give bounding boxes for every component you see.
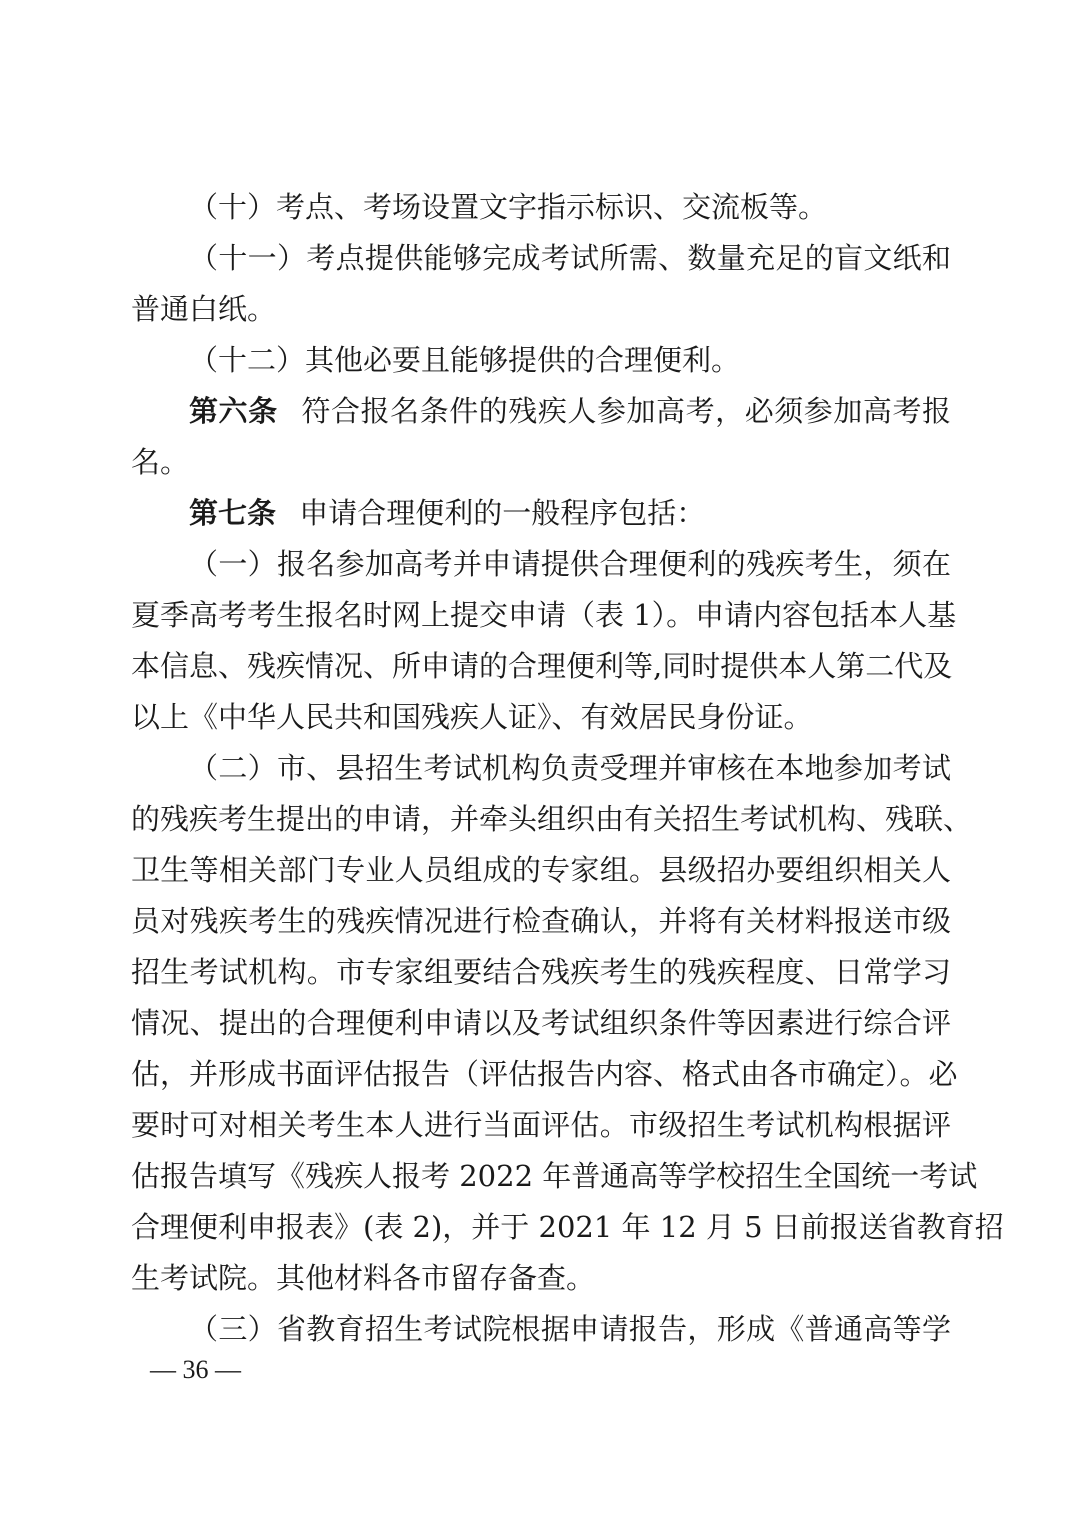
article-6-line-2: 名。 <box>131 436 951 488</box>
item-10-line-1: （十）考点、考场设置文字指示标识、交流板等。 <box>189 181 951 233</box>
article-7-item-1-line-1: （一）报名参加高考并申请提供合理便利的残疾考生，须在 <box>189 538 951 590</box>
article-7-item-1-line-4: 以上《中华人民共和国残疾人证》、有效居民身份证。 <box>131 691 951 743</box>
article-6-line-1: 第六条 符合报名条件的残疾人参加高考，必须参加高考报 <box>189 385 951 437</box>
item-11-line-1: （十一）考点提供能够完成考试所需、数量充足的盲文纸和 <box>189 232 951 284</box>
article-7-item-2-line-10: 合理便利申报表》(表 2)，并于 2021 年 12 月 5 日前报送省教育招 <box>131 1201 951 1253</box>
article-7-item-2-line-3: 卫生等相关部门专业人员组成的专家组。县级招办要组织相关人 <box>131 844 951 896</box>
article-7-heading: 第七条 <box>189 496 276 530</box>
document-page: （十）考点、考场设置文字指示标识、交流板等。 （十一）考点提供能够完成考试所需、… <box>0 0 1080 1528</box>
article-7-item-1-line-2: 夏季高考考生报名时网上提交申请（表 1）。申请内容包括本人基 <box>131 589 951 641</box>
article-7-item-2-line-8: 要时可对相关考生本人进行当面评估。市级招生考试机构根据评 <box>131 1099 951 1151</box>
article-7-item-3-line-1: （三）省教育招生考试院根据申请报告，形成《普通高等学 <box>189 1303 951 1355</box>
article-6-text: 符合报名条件的残疾人参加高考，必须参加高考报 <box>301 394 951 428</box>
article-7-item-2-line-6: 情况、提出的合理便利申请以及考试组织条件等因素进行综合评 <box>131 997 951 1049</box>
article-7-item-2-line-7: 估，并形成书面评估报告（评估报告内容、格式由各市确定）。必 <box>131 1048 951 1100</box>
article-6-heading: 第六条 <box>189 394 278 428</box>
article-7-text: 申请合理便利的一般程序包括： <box>299 496 705 530</box>
article-7-line-1: 第七条 申请合理便利的一般程序包括： <box>189 487 951 539</box>
article-7-item-2-line-4: 员对残疾考生的残疾情况进行检查确认，并将有关材料报送市级 <box>131 895 951 947</box>
article-7-item-2-line-1: （二）市、县招生考试机构负责受理并审核在本地参加考试 <box>189 742 951 794</box>
page-number: — 36 — <box>150 1350 241 1390</box>
article-7-item-1-line-3: 本信息、残疾情况、所申请的合理便利等,同时提供本人第二代及 <box>131 640 951 692</box>
item-12-line-1: （十二）其他必要且能够提供的合理便利。 <box>189 334 951 386</box>
article-7-item-2-line-11: 生考试院。其他材料各市留存备查。 <box>131 1252 951 1304</box>
item-11-line-2: 普通白纸。 <box>131 283 951 335</box>
article-7-item-2-line-5: 招生考试机构。市专家组要结合残疾考生的残疾程度、日常学习 <box>131 946 951 998</box>
article-7-item-2-line-2: 的残疾考生提出的申请，并牵头组织由有关招生考试机构、残联、 <box>131 793 951 845</box>
article-7-item-2-line-9: 估报告填写《残疾人报考 2022 年普通高等学校招生全国统一考试 <box>131 1150 951 1202</box>
